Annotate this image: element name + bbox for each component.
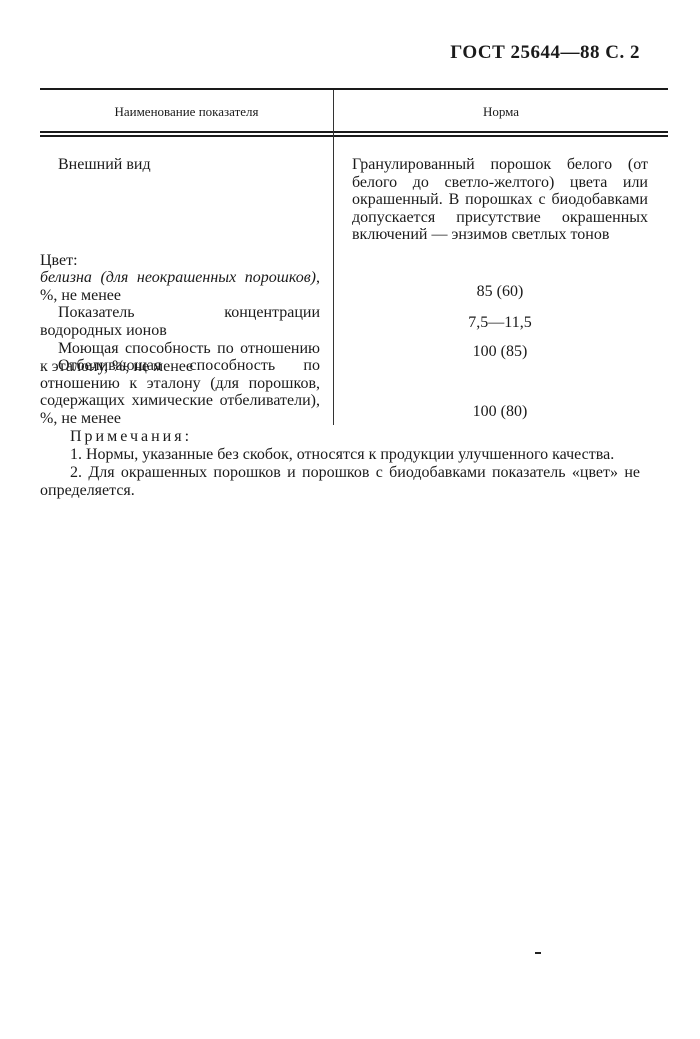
table-top-rule: [40, 88, 668, 90]
notes-title: Примечания:: [40, 428, 640, 446]
norm-whiteness: 85 (60): [400, 283, 600, 301]
print-mark: [535, 952, 541, 954]
indicator-whiteness-italic: белизна (для неокрашенных порошков): [40, 269, 316, 286]
column-header-norm: Норма: [334, 104, 668, 120]
norm-ph: 7,5—11,5: [400, 314, 600, 332]
indicator-ph: Показатель концентрации водородных ионов: [40, 304, 320, 339]
page-header: ГОСТ 25644—88 С. 2: [450, 42, 640, 64]
note-1: 1. Нормы, указанные без скобок, относятс…: [40, 446, 640, 464]
note-2: 2. Для окрашенных порошков и порошков с …: [40, 464, 640, 500]
indicator-bleaching: Отбеливающая способность по отношению к …: [40, 357, 320, 427]
header-rule-double: [40, 135, 668, 137]
column-divider: [333, 90, 334, 425]
norm-appearance: Гранулированный порошок белого (от белог…: [352, 156, 648, 244]
header-rule: [40, 131, 668, 133]
notes-section: Примечания: 1. Нормы, указанные без скоб…: [40, 428, 640, 500]
indicator-color-group: Цвет:: [40, 252, 320, 270]
column-header-indicator: Наименование показателя: [40, 104, 333, 120]
indicator-whiteness: белизна (для неокрашенных порошков), %, …: [40, 269, 320, 304]
norm-washing: 100 (85): [400, 343, 600, 361]
indicator-appearance: Внешний вид: [58, 156, 320, 174]
norm-bleaching: 100 (80): [400, 403, 600, 421]
